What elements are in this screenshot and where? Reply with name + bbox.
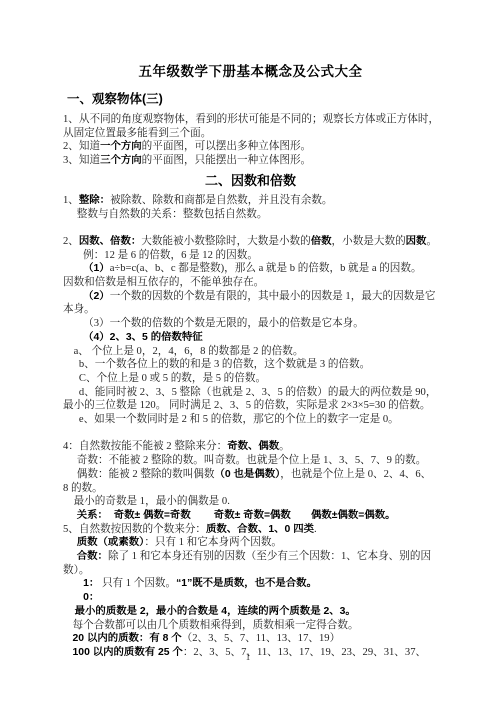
text-run: “1”既不是质数，也不是合数。 — [176, 578, 317, 589]
text-line: 1： 只有 1 个因数。“1”既不是质数，也不是合数。 — [63, 577, 438, 591]
text-run: （1） — [83, 263, 110, 274]
text-run: 从固定位置最多能看到三个面。 — [63, 128, 211, 139]
text-run: 2、 — [63, 236, 79, 247]
text-run: 整数与自然数的关系：整数包括自然数。 — [77, 209, 268, 220]
text-run: 1、从不同的角度观察物体，看到的形状可能是不同的；观察长方体或正方体时， — [63, 114, 439, 125]
document-page: 五年级数学下册基本概念及公式大全 一、观察物体(三)1、从不同的角度观察物体，看… — [0, 0, 496, 702]
text-run: 偶数：能被 2 整除的数叫偶数 — [77, 469, 215, 480]
text-run: 关系： 奇数± 偶数=奇数 奇数± 奇数=偶数 偶数±偶数=偶数。 — [77, 510, 396, 521]
text-run: 1、 — [63, 195, 79, 206]
text-run: 5、自然数按因数的个数来分： — [63, 524, 206, 535]
text-run: 因数和倍数是相互依存的，不能单独存在。 — [63, 277, 264, 288]
text-run: 1： — [83, 578, 99, 589]
text-run: a÷b=c(a、b、c 都是整数)，那么 a 就是 b 的倍数，b 就是 a 的… — [110, 263, 422, 274]
text-run: 。 — [279, 441, 290, 452]
text-run: 。 — [426, 236, 437, 247]
text-run: （4）2、3、5 的倍数特征 — [83, 332, 203, 343]
text-run: 只有 1 个因数。 — [99, 578, 176, 589]
text-run: 的平面图，只能摆出一种立体图形。 — [142, 155, 312, 166]
text-line: 每个合数都可以由几个质数相乘得到，质数相乘一定得合数。 — [63, 619, 438, 633]
text-run: 每个合数都可以由几个质数相乘得到，质数相乘一定得合数。 — [73, 620, 359, 631]
document-body: 一、观察物体(三)1、从不同的角度观察物体，看到的形状可能是不同的；观察长方体或… — [63, 91, 438, 660]
text-run: a、 个位上是 0，2，4，6，8 的数都是 2 的倍数。 — [74, 346, 304, 357]
text-run: 奇数、偶数 — [227, 441, 279, 452]
text-run: 3、知道 — [63, 155, 100, 166]
text-run: 本身。 — [63, 304, 95, 315]
text-run: 8 的数。 — [63, 483, 103, 494]
text-run: b、一个数各位上的数的和是 3 的倍数，这个数就是 3 的倍数。 — [79, 359, 370, 370]
text-line: b、一个数各位上的数的和是 3 的倍数，这个数就是 3 的倍数。 — [63, 358, 438, 372]
text-run: ：只有 1 和它本身两个因数。 — [144, 537, 282, 548]
page-number: 1 — [0, 652, 496, 662]
text-run: 4：自然数按能不能被 2 整除来分： — [63, 441, 227, 452]
text-line: 本身。 — [63, 303, 438, 317]
text-line: 5、自然数按因数的个数来分：质数、合数、1、0 四类. — [63, 523, 438, 537]
blank-line — [63, 427, 438, 441]
text-line: 3、知道三个方向的平面图，只能摆出一种立体图形。 — [63, 154, 438, 168]
text-line: （3）一个数的倍数的个数是无限的，最小的倍数是它本身。 — [63, 317, 438, 331]
text-run: （2、3、5、7、11、13、17、19） — [182, 633, 341, 644]
section-heading: 一、观察物体(三) — [63, 91, 438, 108]
text-line: 最小的三位数是 120。 同时满足 2、3、5 的倍数，实际是求 2×3×5=3… — [63, 399, 438, 413]
text-run: 因数、倍数： — [79, 236, 141, 247]
section-heading: 二、因数和倍数 — [63, 172, 438, 189]
text-line: a、 个位上是 0，2，4，6，8 的数都是 2 的倍数。 — [63, 345, 438, 359]
text-line: 4：自然数按能不能被 2 整除来分：奇数、偶数。 — [63, 440, 438, 454]
text-line: 8 的数。 — [63, 482, 438, 496]
text-run: 被除数、除数和商都是自然数，并且没有余数。 — [110, 195, 332, 206]
text-run: e、如果一个数同时是 2 和 5 的倍数，那它的个位上的数字一定是 0。 — [79, 414, 399, 425]
text-run: 例：12 是 6 的倍数，6 是 12 的因数。 — [83, 250, 258, 261]
text-run: 奇数：不能被 2 整除的数。叫奇数。也就是个位上是 1、3、5、7、9 的数。 — [77, 455, 427, 466]
text-line: 关系： 奇数± 偶数=奇数 奇数± 奇数=偶数 偶数±偶数=偶数。 — [63, 509, 438, 523]
text-run: 最小的奇数是 1，最小的偶数是 0. — [74, 496, 230, 507]
text-run: 质数（或素数） — [77, 537, 145, 548]
blank-line — [63, 221, 438, 235]
text-line: 偶数：能被 2 整除的数叫偶数（0 也是偶数），也就是个位上是 0、2、4、6、 — [63, 468, 438, 482]
text-line: 2、因数、倍数：大数能被小数整除时，大数是小数的倍数，小数是大数的因数。 — [63, 235, 438, 249]
text-run: ，小数是大数的 — [332, 236, 406, 247]
text-line: 整数与自然数的关系：整数包括自然数。 — [63, 208, 438, 222]
text-run: d、能同时被 2、3、5 整除（也就是 2、3、5 的倍数）的最大的两位数是 9… — [79, 387, 437, 398]
text-run: 一个方向 — [100, 141, 142, 152]
text-run: 因数 — [406, 236, 427, 247]
text-run: ，也就是个位上是 0、2、4、6、 — [280, 469, 431, 480]
text-run: 大数能被小数整除时，大数是小数的 — [141, 236, 311, 247]
text-line: 最小的质数是 2，最小的合数是 4，连续的两个质数是 2、3。 — [63, 605, 438, 619]
text-run: 20 以内的质数：有 8 个 — [73, 633, 182, 644]
text-line: 最小的奇数是 1，最小的偶数是 0. — [63, 495, 438, 509]
text-line: 数）。 — [63, 564, 438, 578]
text-line: 质数（或素数）：只有 1 和它本身两个因数。 — [63, 536, 438, 550]
text-line: C、个位上是 0 或 5 的数，是 5 的倍数。 — [63, 372, 438, 386]
text-run: 2、知道 — [63, 141, 100, 152]
text-line: 1、从不同的角度观察物体，看到的形状可能是不同的；观察长方体或正方体时， — [63, 113, 438, 127]
text-line: （4）2、3、5 的倍数特征 — [63, 331, 438, 345]
text-run: 一个数的因数的个数是有限的，其中最小的因数是 1，最大的因数是它 — [110, 291, 436, 302]
text-run: （3）一个数的倍数的个数是无限的，最小的倍数是它本身。 — [83, 318, 364, 329]
text-run: 倍数 — [311, 236, 332, 247]
text-line: 0： — [63, 591, 438, 605]
text-line: 合数：除了 1 和它本身还有别的因数（至少有三个因数：1、它本身、别的因 — [63, 550, 438, 564]
text-run: 除了 1 和它本身还有别的因数（至少有三个因数：1、它本身、别的因 — [108, 551, 431, 562]
text-line: 因数和倍数是相互依存的，不能单独存在。 — [63, 276, 438, 290]
text-run: 三个方向 — [100, 155, 142, 166]
text-run: 最小的质数是 2，最小的合数是 4，连续的两个质数是 2、3。 — [75, 606, 356, 617]
text-line: e、如果一个数同时是 2 和 5 的倍数，那它的个位上的数字一定是 0。 — [63, 413, 438, 427]
text-run: 整除： — [79, 195, 110, 206]
text-line: （1）a÷b=c(a、b、c 都是整数)，那么 a 就是 b 的倍数，b 就是 … — [63, 262, 438, 276]
text-run: 0： — [83, 592, 99, 603]
text-run: （0 也是偶数） — [214, 469, 280, 480]
text-line: 20 以内的质数：有 8 个（2、3、5、7、11、13、17、19） — [63, 632, 438, 646]
text-run: （2） — [83, 291, 110, 302]
text-line: 例：12 是 6 的倍数，6 是 12 的因数。 — [63, 249, 438, 263]
text-run: 的平面图，可以摆出多种立体图形。 — [142, 141, 312, 152]
text-run: 数）。 — [63, 565, 89, 576]
text-run: 一、观察物体(三) — [67, 92, 163, 106]
text-line: 从固定位置最多能看到三个面。 — [63, 127, 438, 141]
text-line: d、能同时被 2、3、5 整除（也就是 2、3、5 的倍数）的最大的两位数是 9… — [63, 386, 438, 400]
text-run: 二、因数和倍数 — [205, 173, 296, 188]
text-run: C、个位上是 0 或 5 的数，是 5 的倍数。 — [79, 373, 266, 384]
text-run: 最小的三位数是 120。 同时满足 2、3、5 的倍数，实际是求 2×3×5=3… — [63, 400, 431, 411]
text-run: . — [314, 524, 317, 535]
text-line: 奇数：不能被 2 整除的数。叫奇数。也就是个位上是 1、3、5、7、9 的数。 — [63, 454, 438, 468]
text-line: （2）一个数的因数的个数是有限的，其中最小的因数是 1，最大的因数是它 — [63, 290, 438, 304]
doc-title: 五年级数学下册基本概念及公式大全 — [63, 62, 438, 82]
text-run: 合数： — [77, 551, 108, 562]
text-line: 1、整除：被除数、除数和商都是自然数，并且没有余数。 — [63, 194, 438, 208]
text-line: 2、知道一个方向的平面图，可以摆出多种立体图形。 — [63, 140, 438, 154]
text-run: 质数、合数、1、0 四类 — [206, 524, 314, 535]
